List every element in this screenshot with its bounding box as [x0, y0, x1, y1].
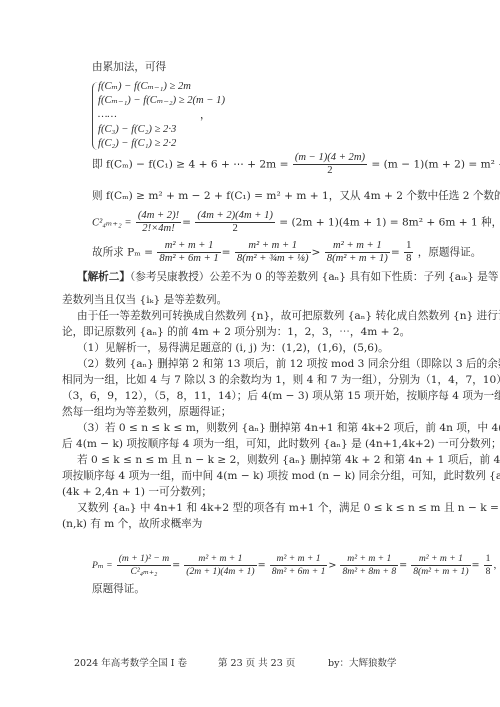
- system-trailing-comma: ，: [200, 108, 211, 122]
- item-2-line-2: 相同为一组，比如 4 与 7 除以 3 的余数均为 1，则 4 和 7 为一组）…: [62, 373, 500, 387]
- system-row-2: f(Cₘ₋₁) − f(Cₘ₋₂) ≥ 2(m − 1): [98, 94, 225, 108]
- sum-fraction: (m − 1)(4 + 2m)2: [293, 152, 367, 177]
- item-2-line-4: 然每一组均为等差数列，原题得证；: [62, 405, 232, 419]
- combination-line: C²₄ₘ₊₂ = (4m + 2)!2!×4m!= (4m + 2)(4m + …: [92, 210, 500, 235]
- analysis-two-line-1: 【解析二】（参考吴康教授）公差不为 0 的等差数列 {aₙ} 具有如下性质：子列…: [77, 270, 498, 284]
- analysis-two-line-2: 差数列当且仅当 {iₖ} 是等差数列。: [62, 293, 227, 307]
- document-page: 由累加法，可得 f(Cₘ) − f(Cₘ₋₁) ≥ 2m f(Cₘ₋₁) − f…: [0, 0, 500, 707]
- footer-page-number: 第 23 页 共 23 页: [218, 655, 295, 669]
- item-1: （1）见解析一，易得满足题意的 (i, j) 为：(1,2)，(1,6)，(5,…: [77, 341, 389, 355]
- sum-suffix: = (m − 1)(m + 2) = m² + m − 2，: [371, 159, 500, 171]
- conclusion-text: 原题得证。: [92, 582, 145, 596]
- item-3-line-2: 后 4(m − k) 项按顺序每 4 项为一组，可知，此时数列 {aₙ} 是 (…: [62, 437, 500, 451]
- footer-author: by：大辉狼数学: [328, 655, 396, 669]
- item-2-line-3: （3，6，9，12），（5，8，11，14）；后 4(m − 3) 项从第 15…: [62, 389, 500, 403]
- probability-line: 故所求 Pₘ = m² + m + 18m² + 6m + 1= m² + m …: [92, 240, 481, 265]
- item-3-line-3: 若 0 ≤ k ≤ n ≤ m 且 n − k ≥ 2，则数列 {aₙ} 删掉第…: [77, 453, 500, 467]
- convert-line-1: 由于任一等差数列可转换成自然数列 {n}，故可把原数列 {aₙ} 转化成自然数列…: [77, 309, 500, 323]
- intro-text: 由累加法，可得: [92, 60, 166, 74]
- analysis-two-heading: 【解析二】: [77, 271, 130, 283]
- convert-line-2: 论，即记原数列 {aₙ} 的前 4m + 2 项分别为：1，2，3，⋯，4m +…: [62, 325, 410, 339]
- item-3-line-1: （3）若 0 ≤ n ≤ k ≤ m，则数列 {aₙ} 删掉第 4n+1 和第 …: [77, 421, 500, 435]
- sum-line: 即 f(Cₘ) − f(C₁) ≥ 4 + 6 + ⋯ + 2m = (m − …: [92, 152, 500, 177]
- system-row-5: f(C₂) − f(C₁) ≥ 2·2: [98, 137, 225, 151]
- system-row-1: f(Cₘ) − f(Cₘ₋₁) ≥ 2m: [98, 80, 225, 94]
- final-probability-line: Pₘ = (m + 1)² − mC²₄ₘ₊₂= m² + m + 1(2m +…: [92, 553, 500, 578]
- bound-line: 则 f(Cₘ) ≥ m² + m − 2 + f(C₁) = m² + m + …: [92, 189, 500, 203]
- item-2-line-1: （2）数列 {aₙ} 删掉第 2 和第 13 项后，前 12 项按 mod 3 …: [77, 357, 500, 371]
- footer-left: 2024 年高考数学全国 I 卷: [74, 655, 187, 669]
- item-3-line-4: 项按顺序每 4 项为一组，而中间 4(m − k) 项按 mod (n − k)…: [62, 469, 500, 483]
- item-3-line-5: (4k + 2,4n + 1) 一可分数列；: [62, 485, 212, 499]
- system-row-4: f(C₃) − f(C₂) ≥ 2·3: [98, 123, 225, 137]
- count-line-2: (n,k) 有 m 个，故所求概率为: [62, 517, 202, 531]
- count-line-1: 又数列 {aₙ} 中 4n+1 和 4k+2 型的项各有 m+1 个，满足 0 …: [77, 501, 500, 515]
- sum-prefix: 即 f(Cₘ) − f(C₁) ≥ 4 + 6 + ⋯ + 2m =: [92, 159, 288, 171]
